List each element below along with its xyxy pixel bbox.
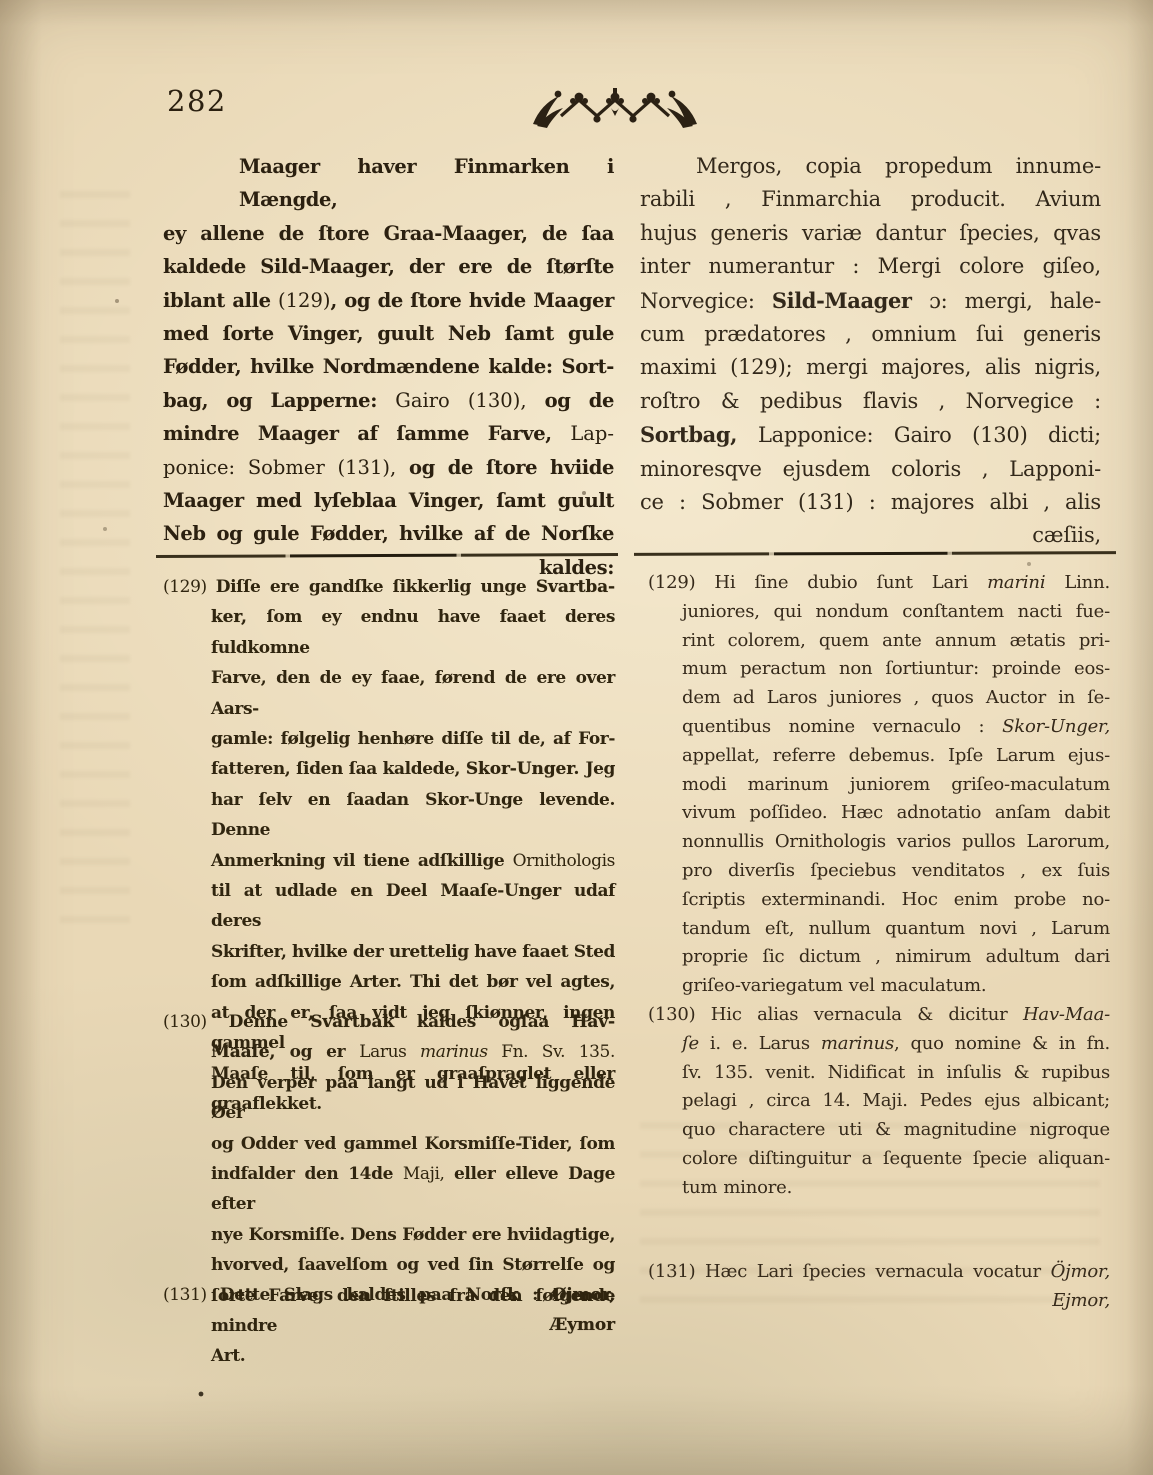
text-segment: griſeo-variegatum vel maculatum. — [682, 975, 986, 996]
text-segment: Ornithologis — [513, 851, 615, 871]
text-segment: fatteren, ſiden ſaa kaldede, — [211, 759, 466, 779]
text-line: appellat, referre debemus. Ipſe Larum ej… — [682, 742, 1110, 771]
text-segment: i. e. Larus — [710, 1033, 821, 1054]
scanned-book-page: 282 — [0, 0, 1153, 1475]
text-line: med ſorte Vinger, guult Neb ſamt gule — [163, 317, 614, 350]
text-line: (129) Diſſe ere gandſke ſikkerlig unge S… — [163, 572, 615, 602]
text-segment: pelagi , circa 14. Maji. Pedes ejus albi… — [682, 1090, 1110, 1111]
text-line: modi marinum juniorem griſeo-maculatum — [682, 771, 1110, 800]
text-segment: Fn. Sv. 135. — [501, 1042, 615, 1062]
text-line: bag, og Lapperne: Gairo (130), og de — [163, 384, 614, 417]
text-line: fatteren, ſiden ſaa kaldede, Skor-Unger.… — [211, 754, 615, 784]
text-line: (129) Hi ſine dubio ſunt Lari marini Lin… — [648, 569, 1110, 598]
text-line: dem ad Laros juniores , quos Auctor in ſ… — [682, 684, 1110, 713]
text-segment: mindre Maager af ſamme Farve, — [163, 422, 570, 445]
fleuron-headpiece-ornament — [531, 86, 699, 130]
text-segment: og de — [545, 389, 614, 412]
text-line: ce : Sobmer (131) : majores albi , alis — [640, 486, 1101, 519]
text-segment: Maager med lyſeblaa Vinger, ſamt guult — [163, 489, 614, 512]
text-segment: cæſiis, — [1032, 523, 1101, 547]
text-line: Neb og gule Fødder, hvilke af de Norſke — [163, 517, 614, 550]
text-segment: inter numerantur : Mergi colore giſeo, — [640, 254, 1101, 278]
text-segment: Sild-Maager — [772, 288, 929, 313]
text-line: Skrifter, hvilke der urettelig have faae… — [211, 937, 615, 967]
text-line: Sortbag, Lapponice: Gairo (130) dicti; — [640, 418, 1101, 452]
text-segment: juniores, qui nondum conſtantem nacti fu… — [682, 601, 1110, 622]
text-line: til at udlade en Deel Maaſe-Unger udaf d… — [211, 876, 615, 937]
text-line: ſe i. e. Larus marinus, quo nomine & in … — [682, 1030, 1110, 1059]
text-segment: ce : Sobmer (131) : majores albi , alis — [640, 490, 1101, 514]
text-line: inter numerantur : Mergi colore giſeo, — [640, 250, 1101, 283]
verso-bleedthrough — [60, 180, 130, 940]
text-line: og Odder ved gammel Korsmiſſe-Tider, ſom — [211, 1129, 615, 1159]
text-segment: og er — [290, 1042, 360, 1062]
text-segment: quentibus nomine vernaculo : — [682, 716, 1002, 737]
text-line: indfalder den 14de Maji, eller elleve Da… — [211, 1159, 615, 1220]
text-line: quentibus nomine vernaculo : Skor-Unger, — [682, 713, 1110, 742]
text-segment: gamle: følgelig henhøre diſſe til de, af… — [211, 729, 615, 749]
text-line: Den verper paa langt ud i Havet liggende… — [211, 1068, 615, 1129]
text-segment: minoresqve ejusdem coloris , Lapponi- — [640, 457, 1101, 481]
text-line: gamle: følgelig henhøre diſſe til de, af… — [211, 724, 615, 754]
text-segment: Norvegice: — [640, 289, 772, 313]
text-line: Maager med lyſeblaa Vinger, ſamt guult — [163, 484, 614, 517]
text-segment: Skor-Unger. — [466, 759, 586, 779]
text-line: (131) Dette Slags kaldes paa Norſk : Øjm… — [163, 1280, 615, 1310]
text-segment: Øjmor, — [552, 1285, 615, 1305]
text-segment: rabili , Finmarchia producit. Avium — [640, 187, 1101, 211]
text-segment: ey allene de ſtore Graa-Maager, de ſaa — [163, 222, 614, 245]
text-line: ponice: Sobmer (131), og de ſtore hviide — [163, 451, 614, 484]
text-segment: Jeg — [585, 759, 615, 779]
text-line: vivum poſſideo. Hæc adnotatio anſam dabi… — [682, 799, 1110, 828]
page-number: 282 — [167, 84, 227, 118]
text-segment: colore diſtinguitur a ſequente ſpecie al… — [682, 1148, 1110, 1169]
text-segment: Lap- — [570, 422, 614, 445]
text-segment: Æymor — [550, 1315, 615, 1335]
text-segment: marinus — [821, 1033, 894, 1054]
text-segment: ſe — [682, 1033, 710, 1054]
paper-speck — [0, 0, 2, 2]
text-segment: , quo nomine & in fn. — [894, 1033, 1110, 1054]
text-segment: Öjmor, — [1051, 1261, 1110, 1282]
text-line: har ſelv en ſaadan Skor-Unge levende. De… — [211, 785, 615, 846]
main-text-danish-column: Maager haver Finmarken i Mængde,ey allen… — [163, 150, 614, 584]
text-line: (130) Denne Svartbak kaldes ogſaa Hav- — [163, 1007, 615, 1037]
text-segment: Den verper paa langt ud i Havet liggende… — [211, 1073, 615, 1123]
text-segment: indfalder den 14de — [211, 1164, 403, 1184]
text-line: Æymor — [211, 1310, 615, 1340]
footnote-separator-rule-right — [634, 551, 1116, 556]
footnote-130-latin: (130) Hic alias vernacula & dicitur Hav-… — [648, 1001, 1110, 1203]
text-segment: Linn. — [1064, 572, 1110, 593]
text-line: tum minore. — [682, 1174, 1110, 1203]
text-line: pelagi , circa 14. Maji. Pedes ejus albi… — [682, 1087, 1110, 1116]
text-segment: hujus generis variæ dantur ſpecies, qvas — [640, 221, 1101, 245]
text-segment: og de ſtore hviide — [409, 456, 614, 479]
text-line: roſtro & pedibus flavis , Norvegice : — [640, 385, 1101, 418]
text-line: rint colorem, quem ante annum ætatis pri… — [682, 627, 1110, 656]
text-line: nonnullis Ornithologis varios pullos Lar… — [682, 828, 1110, 857]
text-segment: (129) — [278, 289, 330, 312]
text-line: Fødder, hvilke Nordmændene kalde: Sort- — [163, 350, 614, 383]
text-line: Mergos, copia propedum innume- — [640, 150, 1101, 183]
text-segment: ſom adſkillige Arter. Thi det bør vel ag… — [211, 972, 615, 992]
text-segment: (129) — [163, 577, 216, 597]
text-segment: Dette Slags kaldes paa Norſk : — [220, 1285, 552, 1305]
text-segment: til at udlade en Deel Maaſe-Unger udaf d… — [211, 881, 615, 931]
text-segment: iblant alle — [163, 289, 278, 312]
text-segment: maximi (129); mergi majores, alis nigris… — [640, 355, 1101, 379]
text-line: (130) Hic alias vernacula & dicitur Hav-… — [648, 1001, 1110, 1030]
text-segment: Maager haver Finmarken i Mængde, — [239, 155, 614, 211]
text-line: (131) Hæc Lari ſpecies vernacula vocatur… — [648, 1258, 1110, 1287]
text-line: rabili , Finmarchia producit. Avium — [640, 183, 1101, 216]
text-segment: Hav- — [571, 1012, 615, 1032]
text-segment: (129) Hi ſine dubio ſunt Lari — [648, 572, 987, 593]
text-segment: Diſſe ere gandſke ſikkerlig unge — [216, 577, 536, 597]
text-segment: ponice: Sobmer (131), — [163, 456, 409, 479]
text-segment: (131) — [163, 1285, 220, 1305]
text-segment: mum peractum non ſortiuntur: proinde eos… — [682, 658, 1110, 679]
text-segment: modi marinum juniorem griſeo-maculatum — [682, 774, 1110, 795]
text-line: kaldede Sild-Maager, der ere de ſtørſte — [163, 250, 614, 283]
text-segment: Skrifter, hvilke der urettelig have faae… — [211, 942, 615, 962]
text-segment: Lapponice: Gairo (130) dicti; — [758, 423, 1101, 447]
text-segment: Fødder, hvilke Nordmændene kalde: Sort- — [163, 355, 614, 378]
text-segment: nonnullis Ornithologis varios pullos Lar… — [682, 831, 1110, 852]
text-segment: roſtro & pedibus flavis , Norvegice : — [640, 389, 1101, 413]
footnote-131-danish: (131) Dette Slags kaldes paa Norſk : Øjm… — [163, 1280, 615, 1341]
text-segment: ker, — [211, 607, 267, 627]
text-segment: kaldes ogſaa — [417, 1012, 572, 1032]
text-segment: Maji, — [403, 1164, 454, 1184]
text-segment: (130) Hic alias vernacula & dicitur — [648, 1004, 1023, 1025]
text-line: Maager haver Finmarken i Mængde, — [163, 150, 614, 217]
text-line: nye Korsmiſſe. Dens Fødder ere hviidagti… — [211, 1220, 615, 1250]
text-line: tandum eſt, nullum quantum novi , Larum — [682, 915, 1110, 944]
text-line: ker, ſom ey endnu have faaet deres fuldk… — [211, 602, 615, 663]
text-segment: cum prædatores , omnium ſui generis — [640, 322, 1101, 346]
text-segment: ſv. 135. venit. Nidificat in inſulis & r… — [682, 1062, 1110, 1083]
text-segment: Svartba- — [536, 577, 615, 597]
text-line: mindre Maager af ſamme Farve, Lap- — [163, 417, 614, 450]
text-segment: Denne — [229, 1012, 311, 1032]
text-segment: tum minore. — [682, 1177, 792, 1198]
text-line: juniores, qui nondum conſtantem nacti fu… — [682, 598, 1110, 627]
text-segment: tandum eſt, nullum quantum novi , Larum — [682, 918, 1110, 939]
text-segment: Art. — [211, 1346, 245, 1366]
text-line: ey allene de ſtore Graa-Maager, de ſaa — [163, 217, 614, 250]
text-line: pro diverſis ſpeciebus venditatos , ex ſ… — [682, 857, 1110, 886]
text-line: Norvegice: Sild-Maager ɔ: mergi, hale- — [640, 284, 1101, 318]
text-segment: hvorved, ſaavelſom og ved ſin Størrelſe … — [211, 1255, 615, 1275]
text-segment: bag, og Lapperne: — [163, 389, 395, 412]
text-line: hvorved, ſaavelſom og ved ſin Størrelſe … — [211, 1250, 615, 1280]
text-line: hujus generis variæ dantur ſpecies, qvas — [640, 217, 1101, 250]
text-line: colore diſtinguitur a ſequente ſpecie al… — [682, 1145, 1110, 1174]
text-segment: , og de ſtore hvide Maager — [330, 289, 614, 312]
text-segment: ɔ: mergi, hale- — [929, 289, 1101, 313]
text-segment: marini — [987, 572, 1064, 593]
footnote-131-latin: (131) Hæc Lari ſpecies vernacula vocatur… — [648, 1258, 1110, 1316]
text-segment: kaldede Sild-Maager, der ere de ſtørſte — [163, 255, 614, 278]
text-segment: Farve, den de ey faae, førend de ere ove… — [211, 668, 615, 718]
text-segment: med ſorte Vinger, guult Neb ſamt gule — [163, 322, 614, 345]
text-segment: Skor-Unger, — [1002, 716, 1110, 737]
text-segment: ſcriptis exterminandi. Hoc enim probe no… — [682, 889, 1110, 910]
text-segment: Ejmor, — [1052, 1290, 1110, 1311]
text-line: Farve, den de ey faae, førend de ere ove… — [211, 663, 615, 724]
text-line: iblant alle (129), og de ſtore hvide Maa… — [163, 284, 614, 317]
text-line: quo charactere uti & magnitudine nigroqu… — [682, 1116, 1110, 1145]
text-line: mum peractum non ſortiuntur: proinde eos… — [682, 655, 1110, 684]
text-segment: og Odder ved gammel Korsmiſſe-Tider, ſom — [211, 1134, 615, 1154]
text-segment: Maaſe, — [211, 1042, 290, 1062]
text-segment: Gairo (130), — [395, 389, 544, 412]
text-segment: ſom ey endnu have faaet deres fuldkomne — [211, 607, 615, 657]
text-segment: Larus — [359, 1042, 420, 1062]
text-segment: Svartbak — [310, 1012, 417, 1032]
text-line: Anmerkning vil tiene adſkillige Ornithol… — [211, 846, 615, 876]
text-segment: har ſelv en ſaadan Skor-Unge levende. De… — [211, 790, 615, 840]
text-segment: (130) — [163, 1012, 229, 1032]
text-segment: appellat, referre debemus. Ipſe Larum ej… — [682, 745, 1110, 766]
text-segment: nye Korsmiſſe. Dens Fødder ere hviidagti… — [211, 1225, 615, 1245]
text-line: cum prædatores , omnium ſui generis — [640, 318, 1101, 351]
text-line: griſeo-variegatum vel maculatum. — [682, 972, 1110, 1001]
text-line: Maaſe, og er Larus marinus Fn. Sv. 135. — [211, 1037, 615, 1067]
text-segment: dem ad Laros juniores , quos Auctor in ſ… — [682, 687, 1110, 708]
text-segment: (131) Hæc Lari ſpecies vernacula vocatur — [648, 1261, 1051, 1282]
main-text-latin-column: Mergos, copia propedum innume-rabili , F… — [640, 150, 1101, 553]
text-line: ſcriptis exterminandi. Hoc enim probe no… — [682, 886, 1110, 915]
text-segment: Mergos, copia propedum innume- — [696, 154, 1101, 178]
text-segment: proprie ſic dictum , nimirum adultum dar… — [682, 946, 1110, 967]
text-segment: Anmerkning vil tiene adſkillige — [211, 851, 513, 871]
text-segment: rint colorem, quem ante annum ætatis pri… — [682, 630, 1110, 651]
text-line: minoresqve ejusdem coloris , Lapponi- — [640, 453, 1101, 486]
text-line: proprie ſic dictum , nimirum adultum dar… — [682, 943, 1110, 972]
text-segment: Neb og gule Fødder, hvilke af de Norſke — [163, 522, 614, 545]
text-segment: quo charactere uti & magnitudine nigroqu… — [682, 1119, 1110, 1140]
text-line: ſom adſkillige Arter. Thi det bør vel ag… — [211, 967, 615, 997]
text-line: Art. — [211, 1341, 615, 1371]
text-line: ſv. 135. venit. Nidificat in inſulis & r… — [682, 1059, 1110, 1088]
text-segment: vivum poſſideo. Hæc adnotatio anſam dabi… — [682, 802, 1110, 823]
text-segment: Sortbag, — [640, 422, 758, 447]
text-segment: Hav-Maa- — [1023, 1004, 1110, 1025]
text-segment: pro diverſis ſpeciebus venditatos , ex ſ… — [682, 860, 1110, 881]
text-line: cæſiis, — [640, 519, 1101, 552]
text-segment: marinus — [420, 1042, 501, 1062]
footnote-129-latin: (129) Hi ſine dubio ſunt Lari marini Lin… — [648, 569, 1110, 1001]
text-line: maximi (129); mergi majores, alis nigris… — [640, 351, 1101, 384]
text-line: Ejmor, — [682, 1287, 1110, 1316]
